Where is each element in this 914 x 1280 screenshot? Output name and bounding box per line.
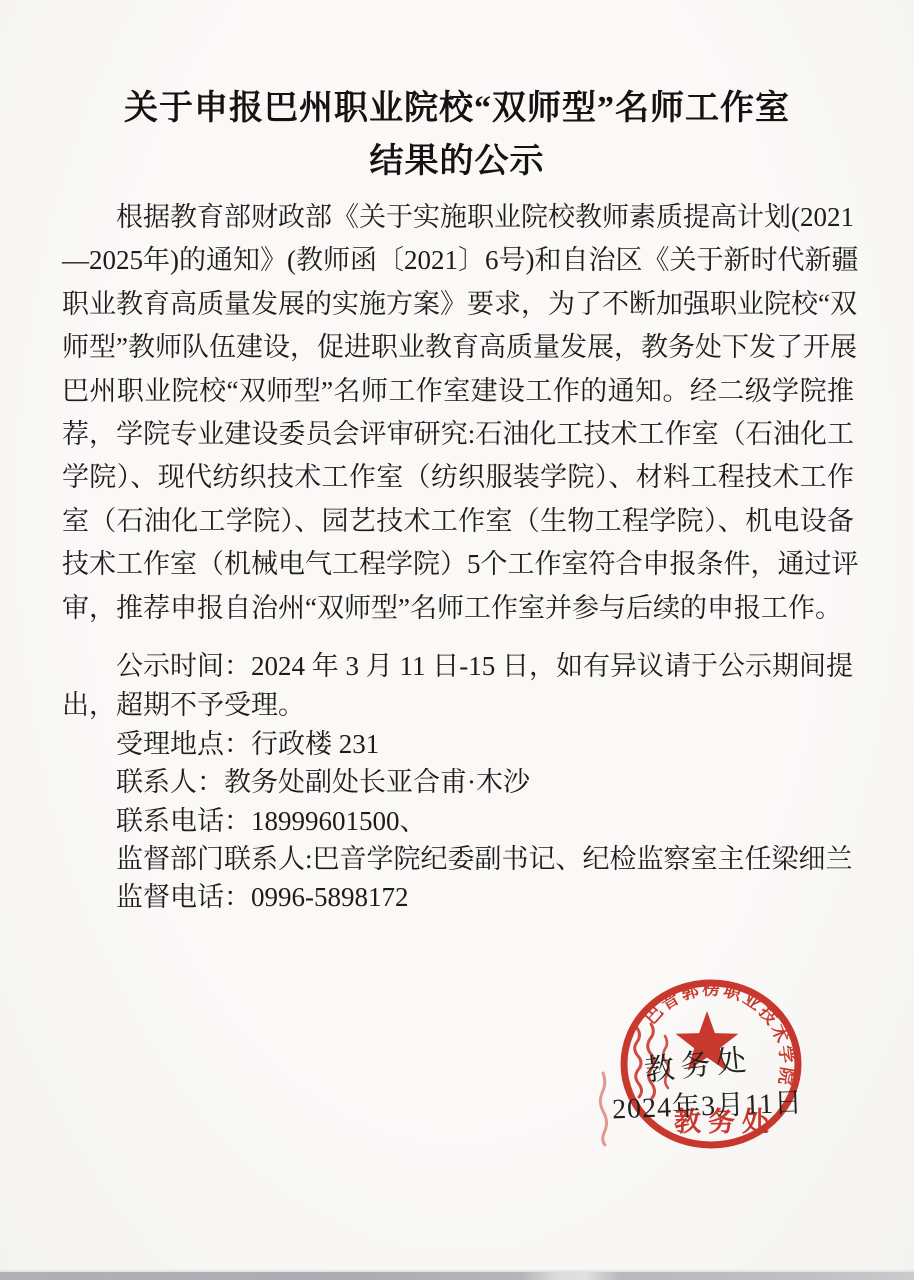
seal-ink-smudge xyxy=(600,1073,606,1145)
document-page: 关于申报巴州职业院校“双师型”名师工作室 结果的公示 根据教育部财政部《关于实施… xyxy=(0,0,914,1280)
text-line: 职业教育高质量发展的实施方案》要求，为了不断加强职业院校“双 xyxy=(62,283,854,326)
document-body: 根据教育部财政部《关于实施职业院校教师素质提高计划(2021—2025年)的通知… xyxy=(62,196,854,917)
text-line: 室（石油化工学院）、园艺技术工作室（生物工程学院）、机电设备 xyxy=(62,500,854,543)
text-line: 监督部门联系人:巴音学院纪委副书记、纪检监察室主任梁细兰 xyxy=(62,840,854,878)
paragraph-notice-period: 公示时间：2024 年 3 月 11 日-15 日，如有异议请于公示期间提出，超… xyxy=(62,647,854,725)
text-line: 根据教育部财政部《关于实施职业院校教师素质提高计划(2021 xyxy=(62,196,854,239)
text-line: 联系人：教务处副处长亚合甫·木沙 xyxy=(62,763,854,801)
text-line: 荐，学院专业建设委员会评审研究:石油化工技术工作室（石油化工 xyxy=(62,413,854,456)
title-line-2: 结果的公示 xyxy=(0,135,914,188)
document-title: 关于申报巴州职业院校“双师型”名师工作室 结果的公示 xyxy=(0,82,914,188)
text-line: 审，推荐申报自治州“双师型”名师工作室并参与后续的申报工作。 xyxy=(62,587,854,630)
text-line: —2025年)的通知》(教师函〔2021〕6号)和自治区《关于新时代新疆 xyxy=(62,239,854,282)
text-line: 学院）、现代纺织技术工作室（纺织服装学院）、材料工程技术工作 xyxy=(62,456,854,499)
text-line: 出，超期不予受理。 xyxy=(62,686,854,725)
contact-info-block: 受理地点：行政楼 231联系人：教务处副处长亚合甫·木沙联系电话：1899960… xyxy=(62,725,854,916)
text-line: 师型”教师队伍建设，促进职业教育高质量发展，教务处下发了开展 xyxy=(62,326,854,369)
text-line: 受理地点：行政楼 231 xyxy=(62,725,854,763)
text-line: 技术工作室（机械电气工程学院）5个工作室符合申报条件，通过评 xyxy=(62,543,854,586)
scan-edge-shadow xyxy=(0,1270,914,1280)
text-line: 巴州职业院校“双师型”名师工作室建设工作的通知。经二级学院推 xyxy=(62,370,854,413)
text-line: 监督电话：0996-5898172 xyxy=(62,878,854,916)
signature-date: 2024年3月11日 xyxy=(611,1081,803,1128)
paragraph-main: 根据教育部财政部《关于实施职业院校教师素质提高计划(2021—2025年)的通知… xyxy=(62,196,854,630)
title-line-1: 关于申报巴州职业院校“双师型”名师工作室 xyxy=(0,82,914,135)
text-line: 联系电话：18999601500、 xyxy=(62,802,854,840)
text-line: 公示时间：2024 年 3 月 11 日-15 日，如有异议请于公示期间提 xyxy=(62,647,854,686)
